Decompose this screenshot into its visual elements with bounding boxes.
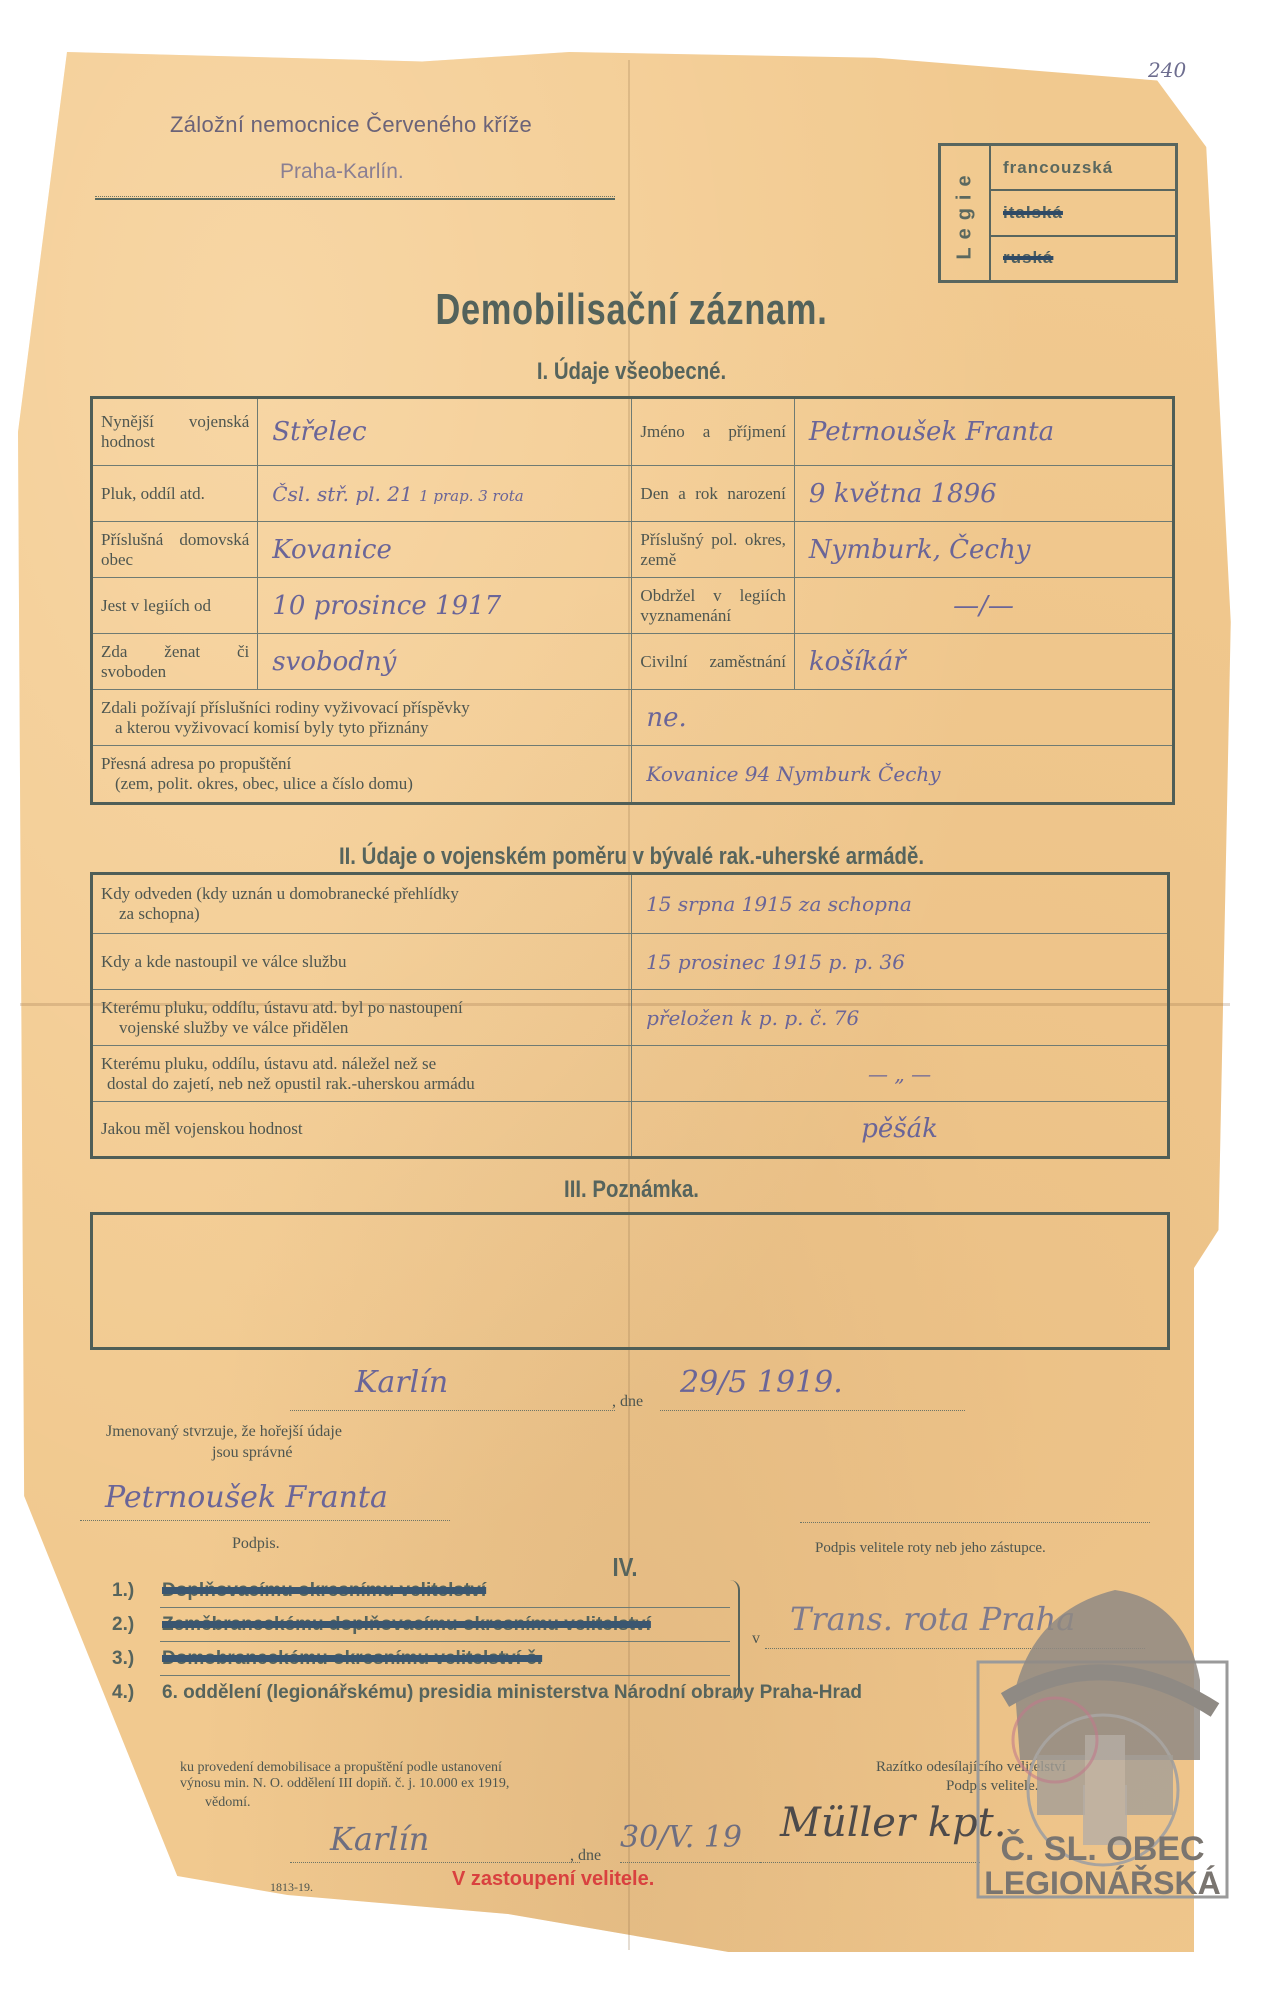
label-name: Jméno a příjmení [632,398,795,466]
label-home-municipality: Příslušná domovská obec [92,522,258,578]
iv-item-4: 4.)6. oddělení (legionářskému) presidia … [112,1682,862,1704]
document-title: Demobilisační záznam. [139,285,1124,335]
table-row: Kdy a kde nastoupil ve válce službu 15 p… [92,934,1169,990]
table-row: Kterému pluku, oddílu, ústavu atd. byl p… [92,990,1169,1046]
section-1-heading: I. Údaje všeobecné. [95,358,1169,386]
value-service-start: 15 prosinec 1915 p. p. 36 [632,934,1169,990]
value-former-rank: pěšák [632,1102,1169,1158]
value-regiment-note: 1 prap. 3 rota [419,487,524,505]
table-row: Zdali požívají příslušníci rodiny vyživo… [92,690,1174,746]
v-label: v [752,1630,760,1648]
hospital-stamp-line2: Praha-Karlín. [280,160,404,184]
value-family-allowance: ne. [632,690,1174,746]
table-row: Nynější vojenská hodnost Střelec Jméno a… [92,398,1174,466]
label-regiment: Pluk, oddíl atd. [92,466,258,522]
commander-signature-line [760,1862,980,1863]
table-row: Přesná adresa po propuštění (zem, polit.… [92,746,1174,804]
section-1-table: Nynější vojenská hodnost Střelec Jméno a… [90,396,1175,805]
value-birth: 9 května 1896 [794,466,1173,522]
iv-item-1: 1.)Doplňovacímu okresnímu velitelství [112,1580,486,1602]
form-number: 1813-19. [270,1880,313,1895]
value-regiment: Čsl. stř. pl. 21 1 prap. 3 rota [258,466,632,522]
footer-note-line2: výnosu min. N. O. oddělení III dopiň. č.… [180,1776,509,1792]
logo-line2: LEGIONÁŘSKÁ [975,1865,1230,1902]
label-family-allowance: Zdali požívají příslušníci rodiny vyživo… [92,690,632,746]
legie-option-russian: ruská [991,237,1175,280]
label-former-rank: Jakou měl vojenskou hodnost [92,1102,632,1158]
section-3-heading: III. Poznámka. [95,1176,1169,1204]
label-last-unit: Kterému pluku, oddílu, ústavu atd. nálež… [92,1046,632,1102]
label-rank: Nynější vojenská hodnost [92,398,258,466]
table-row: Jakou měl vojenskou hodnost pěšák [92,1102,1169,1158]
legie-option-french: francouzská [991,146,1175,191]
label-district: Příslušný pol. okres, země [632,522,795,578]
commander-sign-line [800,1522,1150,1523]
footer-dne-label: , dne [570,1847,601,1865]
value-rank: Střelec [258,398,632,466]
table-row: Kterému pluku, oddílu, ústavu atd. nálež… [92,1046,1169,1102]
footer-place-line [290,1862,580,1863]
footer-date: 30/V. 19 [620,1820,742,1855]
table-row: Příslušná domovská obec Kovanice Přísluš… [92,522,1174,578]
value-home-municipality: Kovanice [258,522,632,578]
value-legion-since: 10 prosince 1917 [258,578,632,634]
commander-sign-label: Podpis velitele roty neb jeho zástupce. [815,1540,1046,1557]
value-conscripted: 15 srpna 1915 za schopna [632,874,1169,934]
legion-logo-watermark: Č. SL. OBEC LEGIONÁŘSKÁ [975,1570,1230,1900]
signature-label: Podpis. [232,1535,280,1553]
label-service-start: Kdy a kde nastoupil ve válce službu [92,934,632,990]
footer-note-line1: ku provedení demobilisace a propuštění p… [180,1760,502,1776]
value-name: Petrnoušek Franta [794,398,1173,466]
declaration-line1: Jmenovaný stvrzuje, že hořejší údaje [106,1423,342,1441]
legie-box: Legie francouzská italská ruská [938,143,1178,283]
label-birth: Den a rok narození [632,466,795,522]
value-decorations: —/— [794,578,1173,634]
table-row: Kdy odveden (kdy uznán u domobranecké př… [92,874,1169,934]
table-row: Zda ženat či svoboden svobodný Civilní z… [92,634,1174,690]
iv-item-2: 2.)Zeměbraneckému doplňovacímu okresnímu… [112,1614,651,1636]
value-occupation: košíkář [794,634,1173,690]
label-marital: Zda ženat či svoboden [92,634,258,690]
brace [730,1580,740,1700]
legie-option-italian: italská [991,191,1175,236]
legie-label: Legie [954,167,977,259]
place-karlin: Karlín [355,1365,448,1400]
signature-line [80,1520,450,1521]
section-2-table: Kdy odveden (kdy uznán u domobranecké př… [90,872,1170,1159]
value-last-unit: — „ — [632,1046,1169,1102]
soldier-signature: Petrnoušek Franta [105,1480,388,1515]
section-4-heading: IV. [604,1552,647,1583]
date-value: 29/5 1919. [680,1365,843,1400]
value-marital: svobodný [258,634,632,690]
label-legion-since: Jest v legiích od [92,578,258,634]
commander-signature: Müller kpt. [780,1800,1006,1846]
label-occupation: Civilní zaměstnání [632,634,795,690]
footer-note-line3: vědomí. [205,1795,251,1811]
date-line [660,1410,965,1411]
value-assigned-unit: přeložen k p. p. č. 76 [632,990,1169,1046]
label-decorations: Obdržel v legiích vyznamenání [632,578,795,634]
value-address: Kovanice 94 Nymburk Čechy [632,746,1174,804]
section-2-heading: II. Údaje o vojenském poměru v bývalé ra… [95,843,1169,871]
place-line [290,1410,615,1411]
iv-item-3: 3.)Domobraneckému okresnímu velitelství … [112,1648,542,1670]
logo-line1: Č. SL. OBEC [975,1830,1230,1869]
label-assigned-unit: Kterému pluku, oddílu, ústavu atd. byl p… [92,990,632,1046]
stamp-rule [95,196,615,200]
footer-place: Karlín [330,1820,429,1858]
declaration-line2: jsou správné [212,1444,292,1462]
note-box [90,1212,1170,1350]
dne-label: , dne [612,1393,643,1411]
table-row: Jest v legiích od 10 prosince 1917 Obdrž… [92,578,1174,634]
red-stamp: V zastoupení velitele. [452,1868,654,1891]
hospital-stamp-line1: Záložní nemocnice Červeného kříže [170,112,532,138]
label-conscripted: Kdy odveden (kdy uznán u domobranecké př… [92,874,632,934]
label-address: Přesná adresa po propuštění (zem, polit.… [92,746,632,804]
page-number: 240 [1148,58,1186,82]
table-row: Pluk, oddíl atd. Čsl. stř. pl. 21 1 prap… [92,466,1174,522]
value-district: Nymburk, Čechy [794,522,1173,578]
